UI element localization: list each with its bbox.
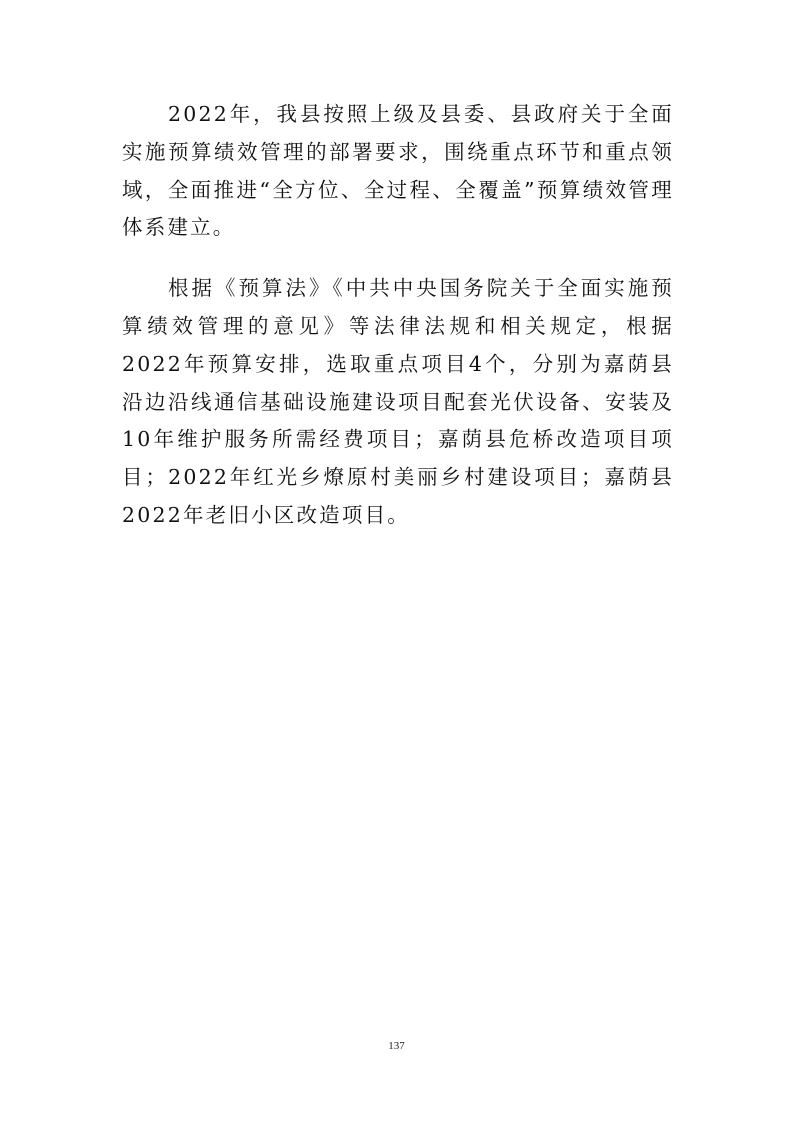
paragraph-intro: 2022年，我县按照上级及县委、县政府关于全面实施预算绩效管理的部署要求，围绕重… — [122, 96, 674, 247]
document-body: 2022年，我县按照上级及县委、县政府关于全面实施预算绩效管理的部署要求，围绕重… — [122, 96, 674, 558]
page-number: 137 — [0, 1040, 793, 1052]
paragraph-project-selection: 根据《预算法》《中共中央国务院关于全面实施预算绩效管理的意见》等法律法规和相关规… — [122, 270, 674, 535]
